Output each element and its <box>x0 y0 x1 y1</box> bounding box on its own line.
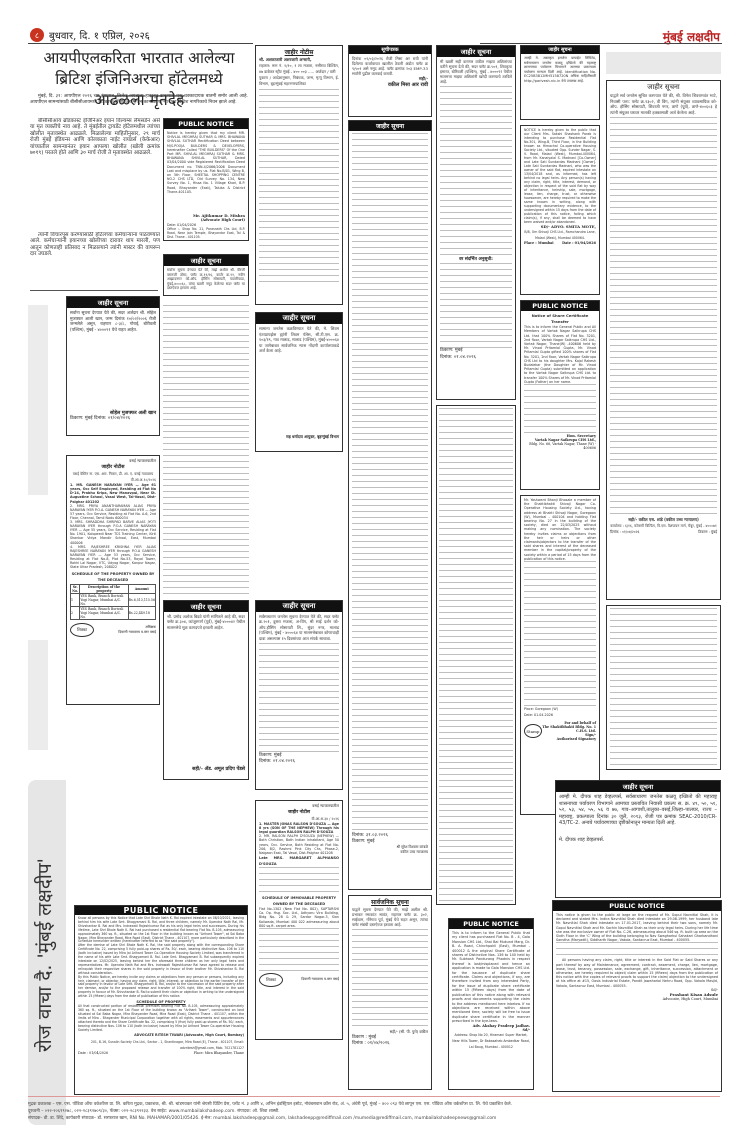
table-row: 2 YES Bank, Branch Borivali Yogi Nagar, … <box>71 607 156 620</box>
side-shade-2 <box>28 640 48 750</box>
notice-signatory: वकील मिसा आर रावी <box>352 82 428 88</box>
side-shade <box>28 305 48 495</box>
notice-date: दिनांक: ०१.०४.२०२६ <box>259 759 339 765</box>
vasai-court-notice-2: वसई न्यायालयातील जाहीर नोटीस वी.आ.अ.३४ /… <box>255 800 343 1040</box>
notice-body: This notice is given to the public at la… <box>556 913 718 942</box>
notice-heading: जाहीर सूचना <box>349 121 431 131</box>
notice-date: दिनांक: ०१.०४.२०२६ <box>440 355 512 361</box>
notice-address: Bldg. No. 66, Vartak Nagar, Thane (W) - … <box>524 442 596 450</box>
notice-heading: PUBLIC NOTICE <box>75 906 247 915</box>
jahir-suchana-malad: जाहीर सूचना सर्वसाधारण जनतेस सूचना देण्य… <box>255 600 343 790</box>
notice-heading: जाहीर सूचना <box>521 46 599 54</box>
court-line: दिवाणी न्यायालय व.स्तर वसई <box>301 977 339 982</box>
notice-body: दिनांक ०१/०३/२०२६ रोजी मिसा अर रावी यांन… <box>352 56 428 76</box>
property-table: Sr. No. Description of the property Amou… <box>70 584 156 620</box>
column-text-lines <box>610 117 717 517</box>
court-line: दिवाणी न्यायालय व.स्तर वसई <box>118 630 156 635</box>
party-1: 1. MR. GANESH NARAYAN IYER — Age 61 year… <box>70 483 156 503</box>
notice-address: Address: Shop No 20, Hiramani Super Mark… <box>452 1032 530 1050</box>
middle-notice-column <box>436 405 516 905</box>
deceased-name: Late MRS. MARGARET ALPHANSO D'SOUZA <box>259 855 339 867</box>
notice-sub-heading: Notice of Share Certificate Transfer <box>524 313 596 325</box>
jahir-notice-ansari: जाहीर नोटीस श्री. अशकाजारी अशरजारी अन्सा… <box>255 45 343 305</box>
party-1: 1. MASTER JONAS RALSON D'SOUZA — Age 8 y… <box>259 822 339 834</box>
lead-para-3: त्यांनी विचारपूस करण्यासाठी हॉटेलच्या कर… <box>30 232 160 270</box>
notice-body: मी खाली सही करणार वकील माझ्या अशिलांच्या… <box>440 59 512 84</box>
notice-body: This is to inform to the General Public … <box>452 931 530 1024</box>
party-2: 2. MR. RALSON RALPH D'SOUZA (NEPHEW) — B… <box>259 834 339 854</box>
jahir-suchana-bidve: जाहीर सूचना श्री. प्रमोद अशोक बिडवे यांन… <box>163 600 249 780</box>
notice-body: सर्वांना सूचना देण्यात येते की, माझे अशी… <box>167 268 245 296</box>
public-notice-shah: PUBLIC NOTICE This notice is given to th… <box>552 900 722 1092</box>
imprint-line-1: मुद्रक प्रकाशक – एस. एस. पॉडिवा ऑफ वर्कश… <box>28 1101 720 1108</box>
court-stamp: शिक्का <box>70 623 94 637</box>
notice-heading: PUBLIC NOTICE <box>164 119 248 129</box>
cell: YES Bank, Branch Borivali Yogi Nagar, Mu… <box>80 607 128 620</box>
notice-heading: जाहीर सूचना <box>164 601 248 612</box>
column-text-lines <box>439 408 513 902</box>
jahir-suchana-bhate: जाहीर सूचना याद्वारे सर्व जनतेस सूचित कर… <box>606 80 721 600</box>
public-notice-society: PUBLIC NOTICE Mr. Yashwant Bhanji Bhosal… <box>520 495 600 815</box>
notice-heading: सूचीपत्रक <box>349 46 431 54</box>
jahir-suchana-deepak-shah: जाहीर सूचना आम्ही मे. दीपक शाह डेव्हलपर्… <box>555 780 721 898</box>
column-text-lines <box>259 928 339 973</box>
vertical-slogan: रोज वाचा दै. 'मुंबई लक्षदीप' <box>32 790 62 1120</box>
schedule-heading: SCHEDULE OF THE PROPERTY OWNED BY THE DE… <box>70 571 156 583</box>
party-4: 4. MRS. RAJESHREE KRISHNA IYER ALIAS RAJ… <box>70 545 156 570</box>
notice-body: Notice is hereby given that my client MR… <box>167 131 245 213</box>
jahir-suchana-continued <box>606 605 721 770</box>
notice-heading: जाहीर सूचना <box>437 46 515 57</box>
notice-title: जाहीर नोटीस <box>259 48 339 56</box>
notice-heading: PUBLIC NOTICE <box>449 919 533 929</box>
notice-place: Place : Mumbai <box>524 241 554 245</box>
lead-para-1: मुंबई, दि. ३१: आयपीएल २०२६ च्या हंगामात,… <box>30 94 248 106</box>
notice-title: जाहीर नोटीस <box>70 464 156 470</box>
notice-body: आम्ही मे. दीपक शाह डेव्हलपर्स, सर्वसाधार… <box>559 794 717 827</box>
notice-body: याद्वारे सर्व जनतेस सूचित करण्यात येते क… <box>610 93 717 115</box>
cell: Rs.22,449.18 <box>128 607 155 620</box>
notice-para-3: By this Public Notice, we hereby invite … <box>78 976 244 999</box>
notice-body: राहणार: रूम नं. १/१०, १ ला मजला, नसीराव … <box>259 63 339 75</box>
notice-place: Place: Mira Bhayander, Thane <box>194 1051 244 1055</box>
blank-ad-space <box>606 52 721 74</box>
column-text-lines <box>163 305 249 595</box>
marathi-long-notice: जाहीर सूचना दिनांक: ३१.०३.२०२६ ठिकाण: मु… <box>348 120 432 890</box>
notice-heading: PUBLIC NOTICE <box>553 901 721 911</box>
masthead-date: ८ बुधवार, दि. १ एप्रिल, २०२६ <box>30 28 150 42</box>
cell: 1 <box>71 594 80 607</box>
notice-body: श्री. प्रमोद अशोक बिडवे यांनी सांगितले आ… <box>167 614 245 766</box>
society-name: The Shaktibhakti Bldg. No. 1 C.H.S. Ltd. <box>542 725 596 733</box>
public-notice-rai: PUBLIC NOTICE Know all persons by this N… <box>74 905 248 1095</box>
jahir-suchana-shivkrupa: जाहीर सूचना मी खाली सही करणार वकील माझ्य… <box>436 45 516 400</box>
notice-footer: पुकारा / आदेशानुसार, निबंधक, जन्म, मृत्य… <box>259 75 339 87</box>
sarvajanik-suchana: सार्वजनिक सूचना याद्वारे सूचना देण्यात य… <box>348 895 432 1090</box>
notice-place-date: ठिकाण: मुंबई दिनांक: ०१/०४/२०२६ <box>70 416 156 422</box>
notice-heading: सार्वजनिक सूचना <box>352 898 428 906</box>
notice-heading: जाहीर सूचना <box>164 255 248 266</box>
notice-body: सर्वसाधारण जनतेस सूचना देण्यात येते की, … <box>259 614 339 641</box>
public-notice-parab: NOTICE is hereby given to the public tha… <box>520 125 600 295</box>
notice-address: B/8, Om Shivaji CHS Ltd., Ramchandra Lan… <box>524 229 596 241</box>
notice-heading: PUBLIC NOTICE <box>521 301 599 311</box>
notice-body: आम्ही मे. अशाकृत इमर्जन्ट प्रायव्हेट लिम… <box>524 56 596 83</box>
notice-para-2: After the demise of Late Shri Bhole Nath… <box>78 944 244 975</box>
notice-address: 201, B-16, Sunalin Society Chs Ltd., Sec… <box>78 1039 244 1051</box>
marathi-column-text <box>163 305 249 595</box>
notice-footer: सह धर्मादाय आयुक्त, बृहन्मुंबई विभाग <box>259 434 339 440</box>
notice-office: Office :- Shop No. 21, Parasnath Chs Ltd… <box>167 228 245 239</box>
notice-heading: जाहीर सूचना <box>610 83 717 92</box>
public-notice-gala: PUBLIC NOTICE This is to inform to the G… <box>448 918 534 1090</box>
notice-signatory-title: Advocate, High Court, Mumbai <box>556 997 718 1001</box>
col-amount: Amount <box>128 585 155 594</box>
jahir-suchana-shivam: जाहीर सूचना सामान्य जनतेस कळविण्यात येते… <box>255 312 343 452</box>
society-stamp: Stamp <box>524 724 542 738</box>
notice-heading: जाहीर सूचना <box>556 781 720 792</box>
jahir-suchana-sohel: जाहीर सूचना सर्वांना सूचना देण्यात येते … <box>66 296 160 436</box>
vasai-court-notice: वसई न्यायालयातील जाहीर नोटीस वसई वेस्टिन… <box>66 455 160 705</box>
column-text-lines <box>524 384 596 434</box>
cell: Rs.6,513,115.56 <box>128 594 155 607</box>
notice-body: याद्वारे सूचना देण्यात येते की, माझे अशी… <box>352 907 428 927</box>
col-description: Description of the property <box>80 585 128 594</box>
notice-heading: जाहीर सूचना <box>256 601 342 612</box>
sub-heading: वर संदर्भित अनुसूची: <box>440 256 512 262</box>
col-sr-no: Sr. No. <box>71 585 80 594</box>
notice-body: सर्वांना सूचना देण्यात येते की, सदर अर्ज… <box>70 310 156 410</box>
notice-title: जाहीर नोटीस <box>259 809 339 815</box>
story-divider <box>30 290 158 291</box>
sign-title: Authorised Signatory <box>542 737 596 741</box>
lead-para-2: बीसीसीआय ब्रॉडकास्ट इंजिनिअर इयान विल्यम… <box>30 118 160 228</box>
column-text-lines <box>440 86 512 256</box>
notice-signatory: मे. दीपक शाह डेव्हलपर्स. <box>559 837 717 843</box>
cell: YES Bank, Branch Borivali Yogi Nagar, Mu… <box>80 594 128 607</box>
public-notice-suthar: PUBLIC NOTICE Notice is hereby given tha… <box>163 118 249 241</box>
notice-date: Date : 01/04/2026 <box>78 1051 108 1055</box>
party-2: 2. MRS. PRIYA ANANTHARAMAN ALIAS PRIYA N… <box>70 504 156 520</box>
header-divider <box>28 43 253 44</box>
imprint-line-2: दूरध्वनी – ०२२-२०६९९२७८, ०२२-२८३९२७०९/३०… <box>28 1108 720 1115</box>
notice-date: दिनांक : ०१/०४/२०२६ <box>610 530 639 535</box>
notice-date: Date: 01.04.2026 <box>524 712 596 718</box>
page-number-badge: ८ <box>30 28 44 42</box>
table-row: 1 YES Bank, Branch Borivali Yogi Nagar, … <box>71 594 156 607</box>
notice-body: NOTICE is hereby given to the public tha… <box>524 128 596 224</box>
column-text-lines <box>610 608 717 767</box>
column-text-lines <box>259 89 339 284</box>
column-text-lines <box>524 561 596 706</box>
sidebar-slogan-panel: रोज वाचा दै. 'मुंबई लक्षदीप' <box>28 780 66 1125</box>
column-text-lines <box>259 643 339 753</box>
suchana-patra: सूचीपत्रक दिनांक ०१/०३/२०२६ रोजी मिसा अर… <box>348 45 432 117</box>
notice-footer: सही/- ॲड. अमूल प्रदिप पेंडसे <box>167 766 245 772</box>
jahir-suchana-ec: जाहीर सूचना आम्ही मे. अशाकृत इमर्जन्ट प्… <box>520 45 600 120</box>
court-stamp: शिक्का <box>259 973 283 987</box>
column-text-lines <box>440 263 512 348</box>
notice-date: Date : 01/04/2026 <box>562 241 596 245</box>
jahir-suchana-thosa: जाहीर सूचना सर्वांना सूचना देण्यात येते … <box>163 254 249 296</box>
cell: 2 <box>71 607 80 620</box>
notice-heading: जाहीर सूचना <box>256 313 342 324</box>
column-text-lines <box>352 133 428 833</box>
public-notice-share-transfer: PUBLIC NOTICE Notice of Share Certificat… <box>520 300 600 490</box>
notice-heading: जाहीर सूचना <box>67 297 159 308</box>
schedule-text: All that constructed portion of resident… <box>78 1005 244 1032</box>
imprint-footer: मुद्रक प्रकाशक – एस. एस. पॉडिवा ऑफ वर्कश… <box>28 1096 720 1122</box>
notice-body: Mr. Yashwant Bhanji Bhosale a member of … <box>524 498 596 561</box>
notice-place: ठिकाण : मुंबई <box>698 530 717 535</box>
date-line: बुधवार, दि. १ एप्रिल, २०२६ <box>49 28 150 42</box>
notice-intro: Know all persons by this Notice that Lat… <box>78 917 244 944</box>
notice-date: दिनांक : ०१/०४/२०२६ <box>352 1041 428 1047</box>
notice-para-2: All persons having any claim, right, tit… <box>556 958 718 987</box>
notice-signatory-title: वकील उच्च न्यायालय <box>352 850 428 855</box>
party-3: 3. MRS. SHRADDHA SHRIPAD BARVE ALIAS JYO… <box>70 520 156 545</box>
imprint-line-3: संपादक– डी. डा. शिंदे, कार्यकारी संपादक–… <box>28 1115 720 1122</box>
notice-body: This is to inform the General Public and… <box>524 325 596 384</box>
header-divider-right <box>480 43 722 44</box>
schedule-text: Flat No-1302 (New Flat No- 802), SAPTARS… <box>259 907 339 927</box>
notice-body: सामान्य जनतेस कळविण्यात येते की, मे. शिव… <box>259 326 339 434</box>
column-text-lines <box>556 942 718 958</box>
schedule-heading: SCHEDULE OF IMMOVABLE PROPERTY OWNED BY … <box>259 895 339 907</box>
column-text-lines <box>259 867 339 895</box>
column-text-lines <box>352 929 428 1029</box>
